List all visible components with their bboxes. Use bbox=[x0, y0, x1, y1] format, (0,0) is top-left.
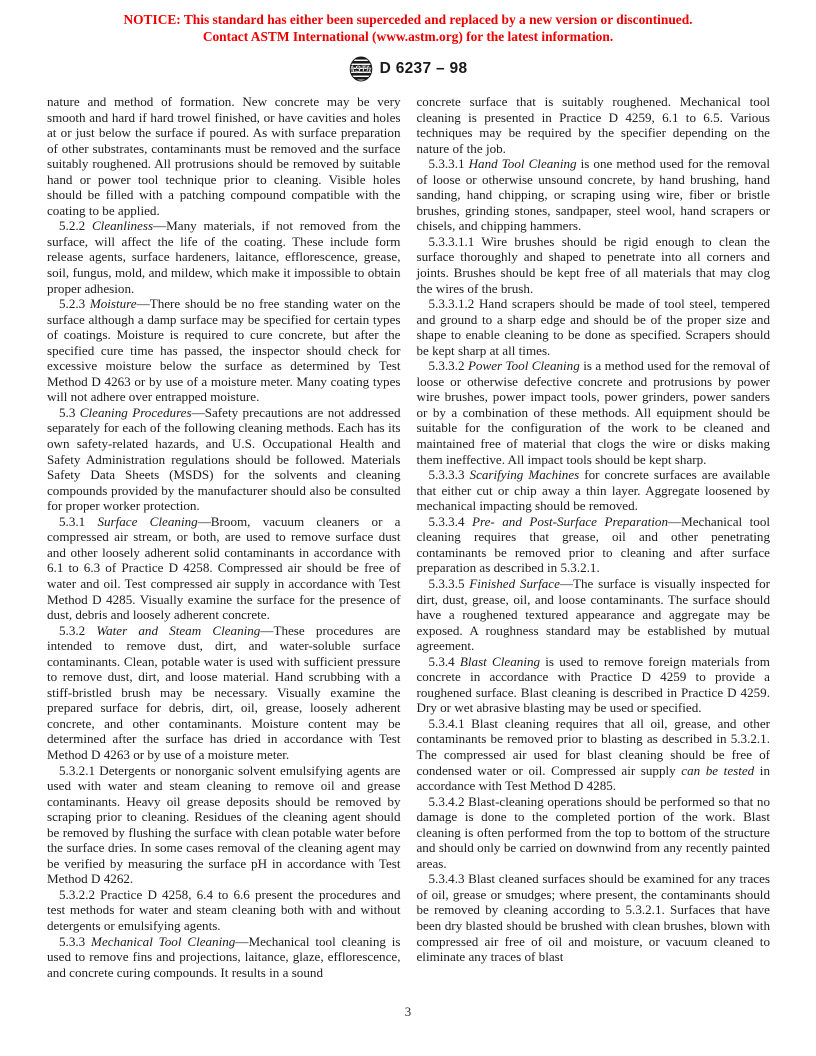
paragraph: 5.3.3.5 Finished Surface—The surface is … bbox=[417, 576, 771, 654]
paragraph: nature and method of formation. New conc… bbox=[47, 94, 401, 218]
column-right: concrete surface that is suitably roughe… bbox=[417, 94, 771, 980]
paragraph: 5.3.2 Water and Steam Cleaning—These pro… bbox=[47, 623, 401, 763]
paragraph: 5.3.4 Blast Cleaning is used to remove f… bbox=[417, 654, 771, 716]
paragraph: 5.3.4.3 Blast cleaned surfaces should be… bbox=[417, 871, 771, 964]
page-number: 3 bbox=[0, 1005, 816, 1020]
paragraph: 5.3.3 Mechanical Tool Cleaning—Mechanica… bbox=[47, 934, 401, 981]
notice-line-1: NOTICE: This standard has either been su… bbox=[0, 11, 816, 28]
document-body: nature and method of formation. New conc… bbox=[47, 94, 770, 980]
paragraph: 5.2.3 Moisture—There should be no free s… bbox=[47, 296, 401, 405]
discontinuation-notice: NOTICE: This standard has either been su… bbox=[0, 0, 816, 45]
paragraph: 5.3.3.1 Hand Tool Cleaning is one method… bbox=[417, 156, 771, 234]
paragraph: 5.3.4.1 Blast cleaning requires that all… bbox=[417, 716, 771, 794]
standard-designation: D 6237 – 98 bbox=[380, 60, 468, 78]
paragraph: 5.3.3.2 Power Tool Cleaning is a method … bbox=[417, 358, 771, 467]
paragraph: 5.3.2.1 Detergents or nonorganic solvent… bbox=[47, 763, 401, 887]
paragraph: 5.3.3.4 Pre- and Post-Surface Preparatio… bbox=[417, 514, 771, 576]
paragraph: 5.3.3.1.1 Wire brushes should be rigid e… bbox=[417, 234, 771, 296]
paragraph: concrete surface that is suitably roughe… bbox=[417, 94, 771, 156]
paragraph: 5.3.4.2 Blast-cleaning operations should… bbox=[417, 794, 771, 872]
paragraph: 5.3.3.1.2 Hand scrapers should be made o… bbox=[417, 296, 771, 358]
paragraph: 5.3.2.2 Practice D 4258, 6.4 to 6.6 pres… bbox=[47, 887, 401, 934]
astm-logo-icon: ASTM bbox=[349, 56, 373, 82]
column-left: nature and method of formation. New conc… bbox=[47, 94, 401, 980]
paragraph: 5.3 Cleaning Procedures—Safety precautio… bbox=[47, 405, 401, 514]
notice-line-2: Contact ASTM International (www.astm.org… bbox=[0, 28, 816, 45]
paragraph: 5.2.2 Cleanliness—Many materials, if not… bbox=[47, 218, 401, 296]
standard-header: ASTM D 6237 – 98 bbox=[0, 56, 816, 82]
svg-text:ASTM: ASTM bbox=[349, 64, 373, 74]
paragraph: 5.3.3.3 Scarifying Machines for concrete… bbox=[417, 467, 771, 514]
paragraph: 5.3.1 Surface Cleaning—Broom, vacuum cle… bbox=[47, 514, 401, 623]
